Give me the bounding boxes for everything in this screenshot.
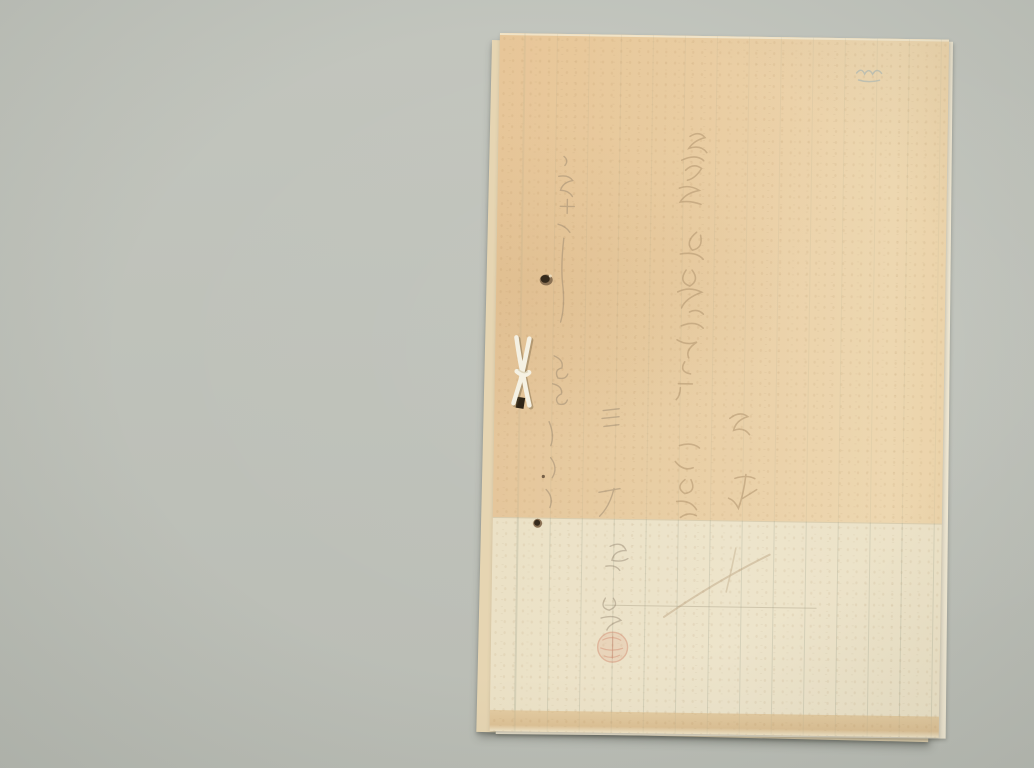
pencil-annotations [544, 156, 634, 630]
red-seal [597, 632, 627, 662]
photo-stage [0, 0, 1034, 768]
document-leaf [490, 33, 949, 738]
worm-holes [533, 274, 553, 528]
corner-mark [857, 70, 882, 82]
document-marks [490, 33, 949, 738]
main-handwriting-column [664, 133, 776, 618]
binding-string [513, 337, 532, 409]
